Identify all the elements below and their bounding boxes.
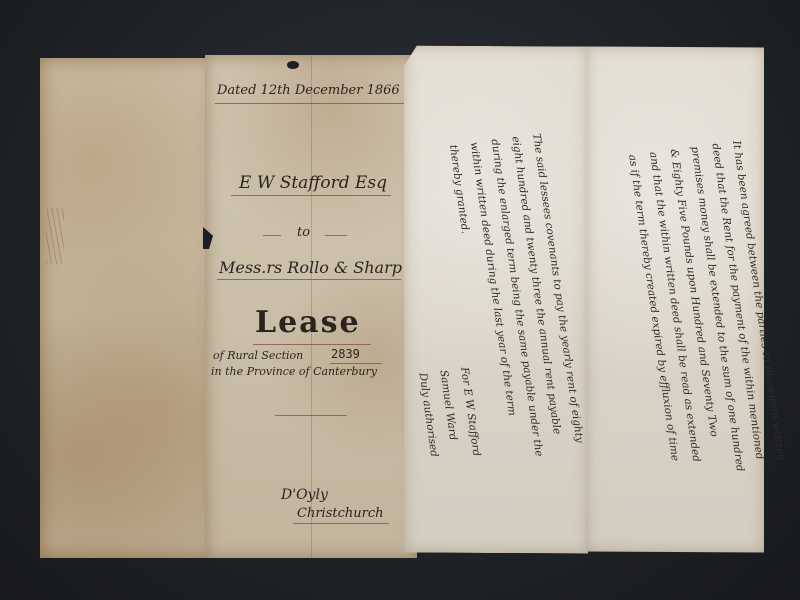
description-line-1: of Rural Section [213, 349, 303, 362]
section-number: 2839 [331, 347, 360, 361]
agreement-text: It has been agreed between the parties t… [621, 139, 791, 481]
signature-block: For E W Stafford Samuel Ward Duly author… [412, 366, 487, 463]
inner-left-panel: The said lessees covenants to pay the ye… [404, 46, 588, 554]
lessee-underline [217, 279, 401, 280]
description-line-2: in the Province of Canterbury [211, 365, 377, 378]
torn-edge [203, 227, 213, 249]
title-underline [253, 344, 371, 345]
document-back-panel [40, 58, 216, 558]
place-name: Christchurch [297, 506, 383, 521]
date-underline [215, 103, 407, 104]
date-line: Dated 12th December 1866 [217, 83, 400, 98]
lessor-name: E W Stafford Esq [239, 173, 387, 193]
place-underline [293, 523, 389, 524]
connector-text: to [297, 225, 310, 240]
faded-endorsement-mark [46, 208, 64, 264]
inner-right-panel: It has been agreed between the parties t… [586, 47, 764, 553]
punch-hole [287, 61, 299, 69]
lessee-names: Mess.rs Rollo & Sharp [219, 258, 402, 277]
separator-rule [275, 415, 347, 416]
section-underline [330, 363, 382, 364]
lessor-underline [231, 195, 391, 196]
solicitor-name: D'Oyly [281, 487, 328, 503]
document-cover-panel: Dated 12th December 1866 E W Stafford Es… [205, 55, 417, 558]
dash-right [325, 235, 347, 236]
document-title: Lease [255, 305, 361, 340]
dash-left [263, 235, 281, 236]
